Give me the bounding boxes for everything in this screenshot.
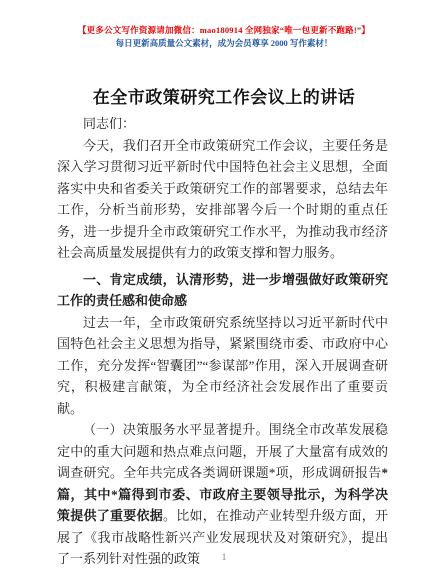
text-run: 一、肯定成绩，认清形势，进一步增强做好政策研究工作的责任感和使命感 xyxy=(57,272,388,309)
document-page: 【更多公文写作资源请加微信：mao180914 全网独家“唯一包更新不跑路!”】… xyxy=(0,0,448,580)
promo-line-red: 【更多公文写作资源请加微信：mao180914 全网独家“唯一包更新不跑路!”】 xyxy=(0,25,448,35)
text-run: 今天，我们召开全市政策研究工作会议，主要任务是深入学习贯彻习近平新时代中国特色社… xyxy=(57,138,388,261)
document-title: 在全市政策研究工作会议上的讲话 xyxy=(30,86,418,110)
paragraph: （一）决策服务水平显著提升。围绕全市改革发展稳定中的重大问题和热点难点问题，开展… xyxy=(57,419,388,570)
paragraph: 过去一年，全市政策研究系统坚持以习近平新时代中国特色社会主义思想为指导，紧紧围绕… xyxy=(57,312,388,420)
paragraph: 今天，我们召开全市政策研究工作会议，主要任务是深入学习贯彻习近平新时代中国特色社… xyxy=(57,135,388,264)
text-run: 同志们： xyxy=(83,116,135,131)
section-heading: 一、肯定成绩，认清形势，进一步增强做好政策研究工作的责任感和使命感 xyxy=(57,269,388,312)
document-body: 同志们：今天，我们召开全市政策研究工作会议，主要任务是深入学习贯彻习近平新时代中… xyxy=(57,113,388,570)
page-number: 1 xyxy=(0,552,448,562)
promo-header: 【更多公文写作资源请加微信：mao180914 全网独家“唯一包更新不跑路!”】… xyxy=(0,0,448,48)
paragraph: 同志们： xyxy=(57,113,388,135)
promo-line-blue: 每日更新高质量公文素材，成为会员尊享 2000 写作素材！ xyxy=(0,38,448,48)
text-run: 过去一年，全市政策研究系统坚持以习近平新时代中国特色社会主义思想为指导，紧紧围绕… xyxy=(57,315,388,416)
text-run: （一）决策服务水平显著提升。围绕全市改革发展稳定中的重大问题和热点难点问题，开展… xyxy=(57,422,388,480)
